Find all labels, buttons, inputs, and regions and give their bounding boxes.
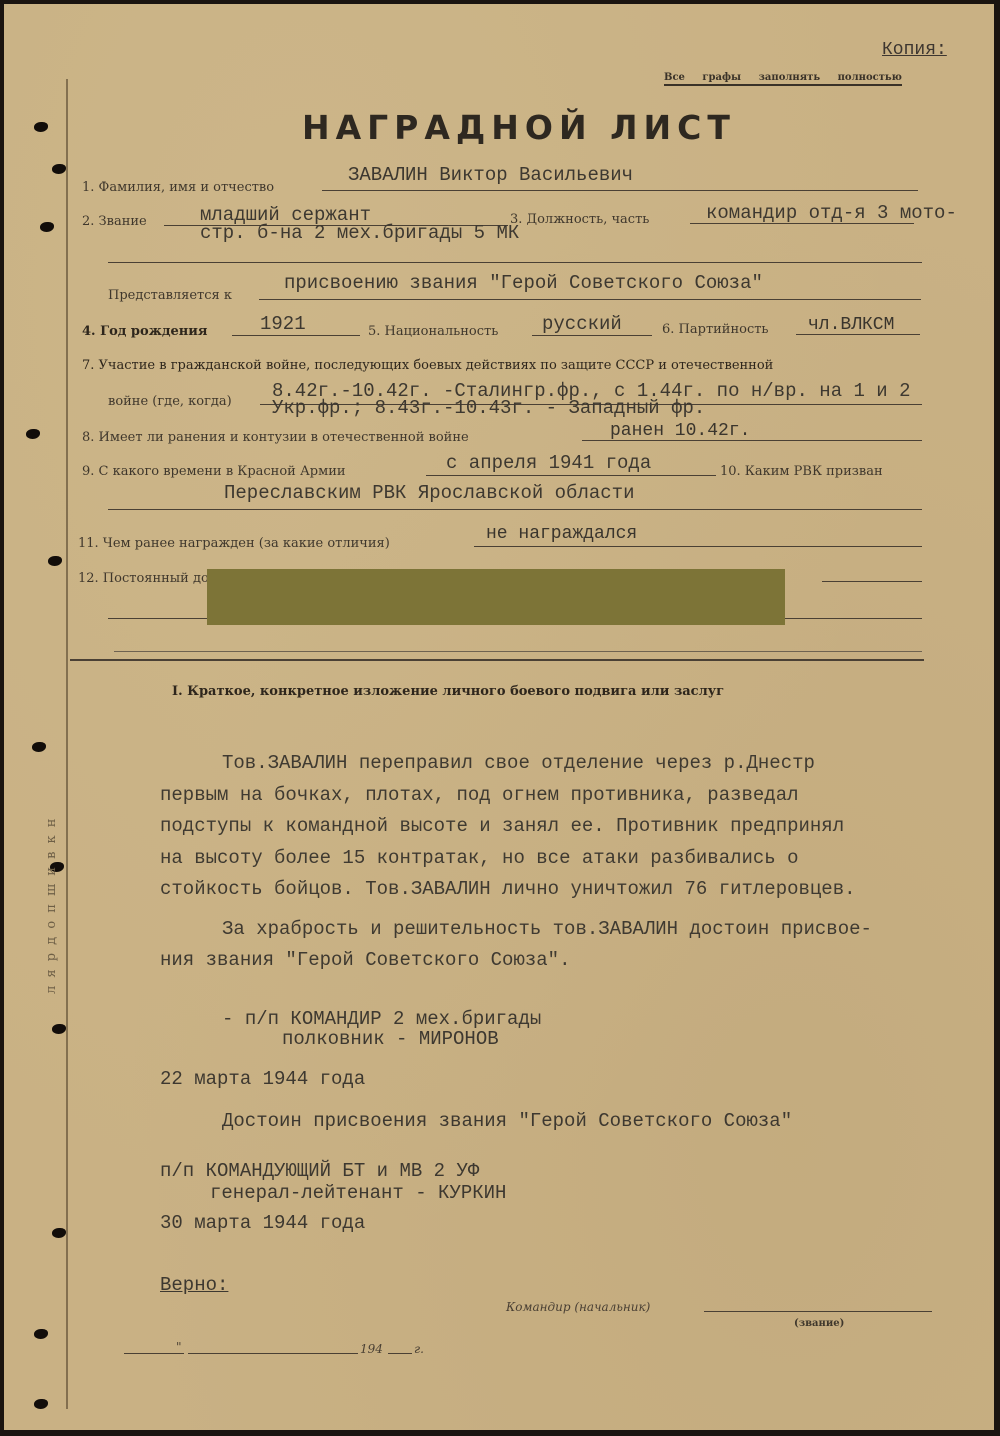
punch-hole-icon (34, 1399, 48, 1409)
document-title: НАГРАДНОЙ ЛИСТ (302, 108, 736, 147)
punch-hole-icon (52, 1228, 66, 1238)
copy-label: Копия: (882, 40, 947, 60)
signature-1-text: п/п КОМАНДИР 2 мех.бригады (245, 1008, 541, 1030)
field-6-value: чл.ВЛКСМ (808, 315, 894, 335)
field-12-underline (822, 581, 922, 582)
year-suffix: г. (414, 1342, 424, 1356)
redacted-address-block (207, 569, 785, 625)
presented-value: присвоению звания "Герой Советского Союз… (284, 272, 763, 294)
verified-label: Верно: (160, 1274, 228, 1296)
field-4-value: 1921 (260, 313, 306, 335)
punch-hole-icon (34, 1329, 48, 1339)
narrative-line: на высоту более 15 контратак, но все ата… (160, 843, 950, 875)
punch-hole-icon (34, 122, 48, 132)
year-prefix: 194 (360, 1342, 383, 1356)
field-6-label: 6. Партийность (662, 322, 769, 337)
punch-hole-icon (52, 1024, 66, 1034)
punch-hole-icon (52, 164, 66, 174)
date-2: 30 марта 1944 года (160, 1212, 365, 1234)
field-5-underline (532, 335, 652, 336)
resolution-text: Достоин присвоения звания "Герой Советск… (222, 1110, 792, 1132)
binding-margin-line (66, 79, 68, 1409)
field-3-label: 3. Должность, часть (510, 212, 649, 227)
field-3-value: командир отд-я 3 мото- (706, 202, 957, 224)
section-divider (70, 659, 924, 661)
field-9-label: 9. С какого времени в Красной Армии (82, 464, 346, 479)
field-10-value: Переславским РВК Ярославской области (224, 482, 634, 504)
signature-1-name: полковник - МИРОНОВ (282, 1028, 499, 1050)
field-9-underline (426, 475, 716, 476)
presented-underline (259, 299, 921, 300)
divider-thin (114, 651, 922, 652)
day-line (124, 1353, 184, 1354)
field-11-value: не награждался (486, 524, 637, 544)
signature-1-title: - п/п КОМАНДИР 2 мех.бригады (222, 1008, 541, 1030)
punch-hole-icon (40, 222, 54, 232)
margin-vertical-text: л я р д о п ш и в к н (44, 817, 59, 994)
month-line (188, 1353, 358, 1354)
narrative-text: Тов.ЗАВАЛИН переправил свое отделение че… (160, 748, 950, 977)
field-3-continuation-line (108, 262, 922, 263)
field-9-value: с апреля 1941 года (446, 452, 651, 474)
field-7-label: 7. Участие в гражданской войне, последую… (82, 358, 773, 373)
field-10-underline (108, 509, 922, 510)
commander-label: Командир (начальник) (506, 1300, 650, 1314)
narrative-line: подступы к командной высоте и занял ее. … (160, 811, 950, 843)
document-page: л я р д о п ш и в к н Копия: Все графы з… (4, 4, 994, 1430)
date-1: 22 марта 1944 года (160, 1068, 365, 1090)
field-4-underline (232, 335, 360, 336)
field-2-label: 2. Звание (82, 214, 147, 229)
presented-label: Представляется к (108, 288, 232, 303)
field-5-label: 5. Национальность (368, 324, 498, 339)
signature-2-name: генерал-лейтенант - КУРКИН (210, 1182, 506, 1204)
narrative-line: За храбрость и решительность тов.ЗАВАЛИН… (160, 914, 950, 946)
narrative-line: ния звания "Герой Советского Союза". (160, 945, 950, 977)
punch-hole-icon (26, 429, 40, 439)
narrative-line: стойкость бойцов. Тов.ЗАВАЛИН лично унич… (160, 874, 950, 906)
field-10-label: 10. Каким РВК призван (720, 464, 883, 479)
fill-instruction: Все графы заполнять полностью (664, 72, 902, 86)
field-1-value: ЗАВАЛИН Виктор Васильевич (348, 164, 633, 186)
signature-2-title: п/п КОМАНДУЮЩИЙ БТ и МВ 2 УФ (160, 1160, 479, 1182)
punch-hole-icon (32, 742, 46, 752)
field-8-value: ранен 10.42г. (610, 421, 750, 441)
field-7-label-cont: войне (где, когда) (108, 394, 232, 409)
field-11-label: 11. Чем ранее награжден (за какие отличи… (78, 536, 390, 551)
rank-caption: (звание) (794, 1318, 844, 1329)
field-11-underline (474, 546, 922, 547)
year-line (388, 1353, 412, 1354)
narrative-line: Тов.ЗАВАЛИН переправил свое отделение че… (160, 748, 950, 780)
field-4-label: 4. Год рождения (82, 324, 208, 339)
punch-hole-icon (48, 556, 62, 566)
section-heading: I. Краткое, конкретное изложение личного… (172, 684, 724, 699)
field-1-label: 1. Фамилия, имя и отчество (82, 180, 274, 195)
field-8-label: 8. Имеет ли ранения и контузии в отечест… (82, 430, 469, 445)
commander-signature-line (704, 1311, 932, 1312)
field-7-value-line2: Укр.фр.; 8.43г.-10.43г. - Западный фр. (272, 397, 705, 419)
field-1-underline (322, 190, 918, 191)
field-3-value-continued: стр. б-на 2 мех.бригады 5 МК (200, 222, 519, 244)
narrative-line: первым на бочках, плотах, под огнем прот… (160, 780, 950, 812)
date-quote: " (176, 1340, 182, 1354)
field-5-value: русский (542, 313, 622, 335)
